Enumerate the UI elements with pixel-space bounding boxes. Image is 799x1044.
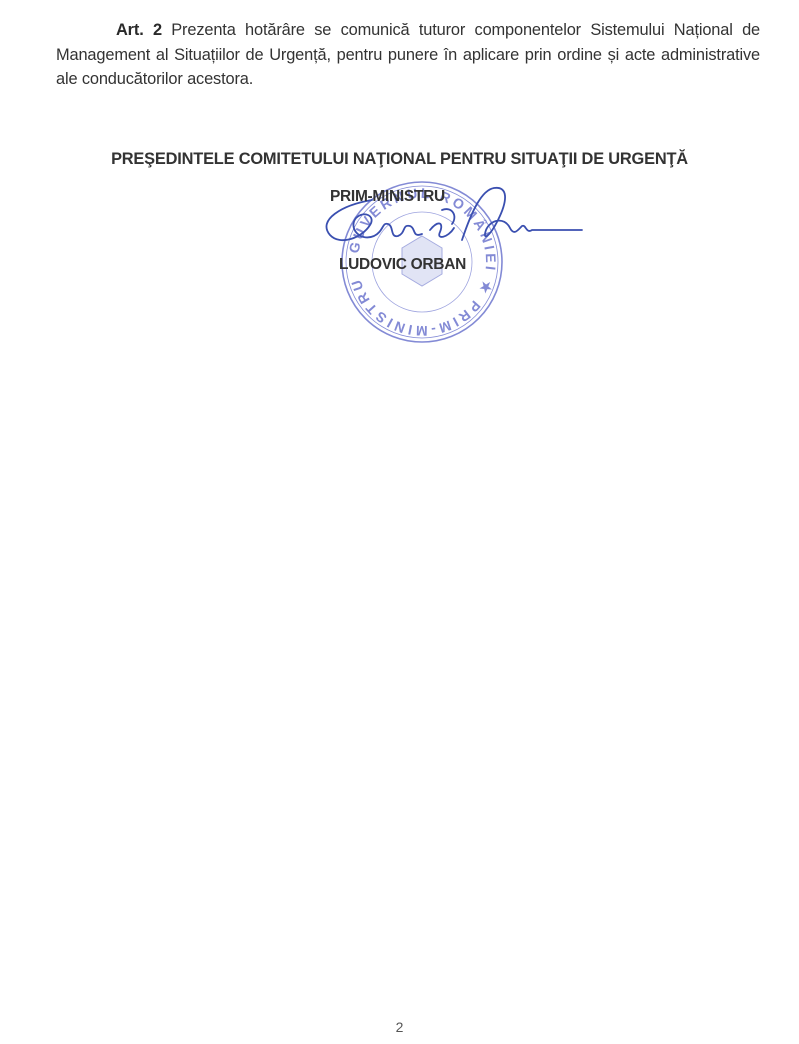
- article-label: Art. 2: [116, 21, 162, 39]
- signature-heading: PREŞEDINTELE COMITETULUI NAŢIONAL PENTRU…: [0, 150, 799, 169]
- article-2-paragraph: Art. 2 Prezenta hotărâre se comunică tut…: [56, 18, 760, 92]
- signatory-role: PRIM-MINISTRU: [330, 188, 445, 206]
- signatory-name: LUDOVIC ORBAN: [339, 256, 466, 274]
- page-number: 2: [0, 1019, 799, 1035]
- document-page: Art. 2 Prezenta hotărâre se comunică tut…: [0, 0, 799, 1044]
- article-text: Prezenta hotărâre se comunică tuturor co…: [56, 21, 760, 88]
